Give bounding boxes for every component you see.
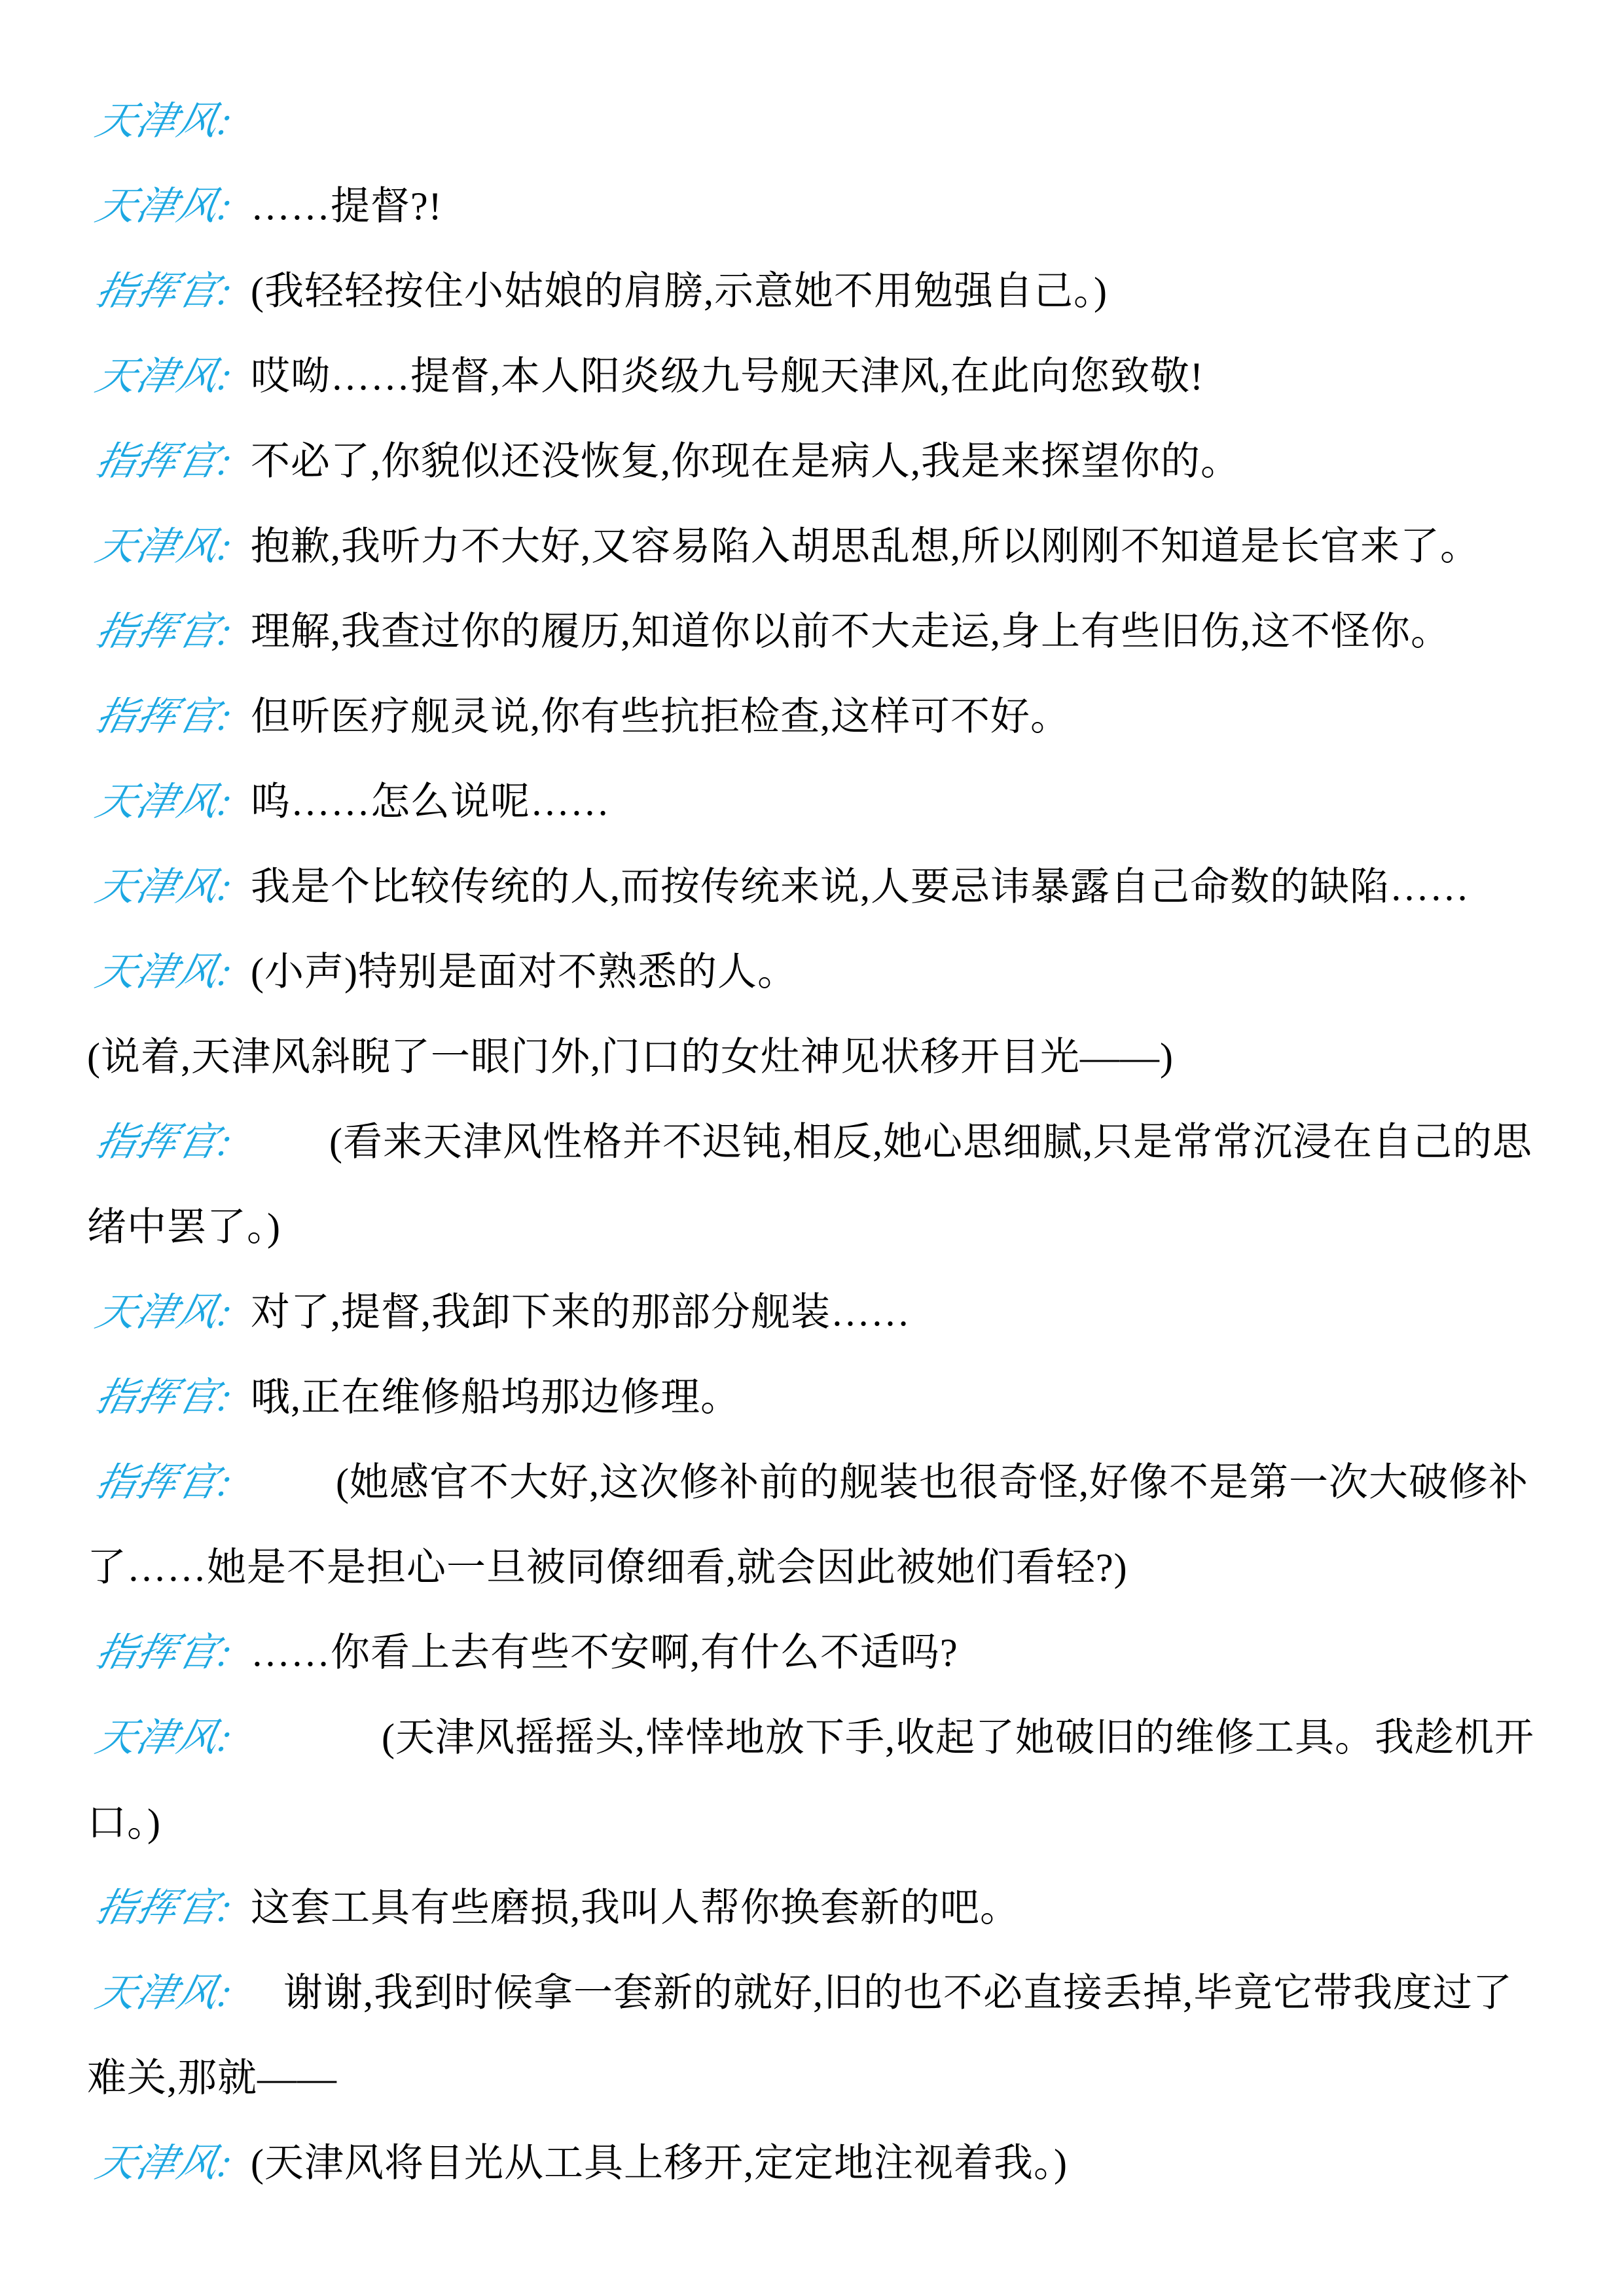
speaker-label: 天津风: [87, 164, 243, 249]
speaker-label: 指挥官: [87, 1610, 243, 1695]
speaker-label: 天津风: [87, 844, 243, 929]
speaker-label: 天津风: [87, 1950, 243, 2036]
speaker-label: 天津风: [87, 79, 243, 164]
speaker-label: 指挥官: [87, 249, 243, 334]
dialogue-line-continuation: 口。) [87, 1780, 1565, 1865]
document-page: 天津风: 天津风: ……提督?! 指挥官: (我轻轻按住小姑娘的肩膀,示意她不用… [0, 0, 1624, 2296]
dialogue-text: 理解,我查过你的履历,知道你以前不大走运,身上有些旧伤,这不怪你。 [251, 589, 1451, 674]
dialogue-text: 这套工具有些磨损,我叫人帮你换套新的吧。 [251, 1865, 1020, 1950]
dialogue-line: 指挥官: (看来天津风性格并不迟钝,相反,她心思细腻,只是常常沉浸在自己的思 [87, 1100, 1565, 1185]
speaker-label: 指挥官: [87, 674, 243, 759]
dialogue-text: (她感官不大好,这次修补前的舰装也很奇怪,好像不是第一次大破修补 [336, 1440, 1528, 1525]
dialogue-line: 指挥官: 这套工具有些磨损,我叫人帮你换套新的吧。 [87, 1865, 1565, 1950]
dialogue-line: 指挥官: 哦,正在维修船坞那边修理。 [87, 1355, 1565, 1440]
dialogue-line-continuation: 绪中罢了。) [87, 1185, 1565, 1270]
dialogue-text: 了……她是不是担心一旦被同僚细看,就会因此被她们看轻?) [87, 1525, 1128, 1610]
speaker-label: 指挥官: [87, 1355, 243, 1440]
dialogue-text: 哎呦……提督,本人阳炎级九号舰天津风,在此向您致敬! [251, 334, 1204, 419]
dialogue-text: (小声)特别是面对不熟悉的人。 [251, 929, 797, 1014]
speaker-label: 天津风: [87, 929, 243, 1014]
dialogue-line: 指挥官: (她感官不大好,这次修补前的舰装也很奇怪,好像不是第一次大破修补 [87, 1440, 1565, 1525]
speaker-label: 指挥官: [87, 419, 243, 504]
dialogue-line: 天津风: 我是个比较传统的人,而按传统来说,人要忌讳暴露自己命数的缺陷…… [87, 844, 1565, 929]
dialogue-text: 呜……怎么说呢…… [251, 759, 610, 844]
narration-text: (说着,天津风斜睨了一眼门外,门口的女灶神见状移开目光——) [87, 1014, 1174, 1100]
dialogue-text: (天津风将目光从工具上移开,定定地注视着我。) [251, 2121, 1068, 2206]
dialogue-line: 天津风: [87, 79, 1565, 164]
narration-line: (说着,天津风斜睨了一眼门外,门口的女灶神见状移开目光——) [87, 1014, 1565, 1100]
dialogue-line: 天津风: 对了,提督,我卸下来的那部分舰装…… [87, 1270, 1565, 1355]
dialogue-line: 天津风: (小声)特别是面对不熟悉的人。 [87, 929, 1565, 1014]
speaker-label: 天津风: [87, 1695, 243, 1780]
speaker-label: 天津风: [87, 1270, 243, 1355]
dialogue-text: 抱歉,我听力不大好,又容易陷入胡思乱想,所以刚刚不知道是长官来了。 [251, 504, 1480, 589]
speaker-label: 指挥官: [87, 589, 243, 674]
dialogue-text: 谢谢,我到时候拿一套新的就好,旧的也不必直接丢掉,毕竟它带我度过了 [283, 1950, 1513, 2036]
dialogue-line: 指挥官: ……你看上去有些不安啊,有什么不适吗? [87, 1610, 1565, 1695]
dialogue-text: (我轻轻按住小姑娘的肩膀,示意她不用勉强自己。) [251, 249, 1108, 334]
dialogue-text: ……你看上去有些不安啊,有什么不适吗? [251, 1610, 958, 1695]
dialogue-line: 天津风: 呜……怎么说呢…… [87, 759, 1565, 844]
speaker-label: 指挥官: [87, 1100, 243, 1185]
dialogue-text: (看来天津风性格并不迟钝,相反,她心思细腻,只是常常沉浸在自己的思 [329, 1100, 1532, 1185]
dialogue-text: 哦,正在维修船坞那边修理。 [251, 1355, 740, 1440]
dialogue-line: 天津风: (天津风摇摇头,悻悻地放下手,收起了她破旧的维修工具。我趁机开 [87, 1695, 1565, 1780]
dialogue-line: 天津风: 谢谢,我到时候拿一套新的就好,旧的也不必直接丢掉,毕竟它带我度过了 [87, 1950, 1565, 2036]
dialogue-text: ……提督?! [251, 164, 442, 249]
dialogue-line-continuation: 难关,那就—— [87, 2036, 1565, 2121]
dialogue-line: 天津风: 抱歉,我听力不大好,又容易陷入胡思乱想,所以刚刚不知道是长官来了。 [87, 504, 1565, 589]
dialogue-line: 指挥官: 不必了,你貌似还没恢复,你现在是病人,我是来探望你的。 [87, 419, 1565, 504]
dialogue-line: 指挥官: 但听医疗舰灵说,你有些抗拒检查,这样可不好。 [87, 674, 1565, 759]
dialogue-text: 难关,那就—— [87, 2036, 337, 2121]
dialogue-text: 对了,提督,我卸下来的那部分舰装…… [251, 1270, 911, 1355]
dialogue-text: 不必了,你貌似还没恢复,你现在是病人,我是来探望你的。 [251, 419, 1240, 504]
dialogue-text: 绪中罢了。) [87, 1185, 281, 1270]
speaker-label: 天津风: [87, 504, 243, 589]
dialogue-line: 指挥官: 理解,我查过你的履历,知道你以前不大走运,身上有些旧伤,这不怪你。 [87, 589, 1565, 674]
dialogue-text: 但听医疗舰灵说,你有些抗拒检查,这样可不好。 [251, 674, 1070, 759]
speaker-label: 指挥官: [87, 1865, 243, 1950]
dialogue-line: 天津风: (天津风将目光从工具上移开,定定地注视着我。) [87, 2121, 1565, 2206]
dialogue-line-continuation: 了……她是不是担心一旦被同僚细看,就会因此被她们看轻?) [87, 1525, 1565, 1610]
dialogue-text: (天津风摇摇头,悻悻地放下手,收起了她破旧的维修工具。我趁机开 [382, 1695, 1534, 1780]
speaker-label: 天津风: [87, 334, 243, 419]
dialogue-text: 我是个比较传统的人,而按传统来说,人要忌讳暴露自己命数的缺陷…… [251, 844, 1470, 929]
speaker-label: 天津风: [87, 759, 243, 844]
dialogue-line: 天津风: 哎呦……提督,本人阳炎级九号舰天津风,在此向您致敬! [87, 334, 1565, 419]
dialogue-text: 口。) [87, 1780, 161, 1865]
dialogue-line: 天津风: ……提督?! [87, 164, 1565, 249]
speaker-label: 天津风: [87, 2121, 243, 2206]
dialogue-line: 指挥官: (我轻轻按住小姑娘的肩膀,示意她不用勉强自己。) [87, 249, 1565, 334]
speaker-label: 指挥官: [87, 1440, 243, 1525]
